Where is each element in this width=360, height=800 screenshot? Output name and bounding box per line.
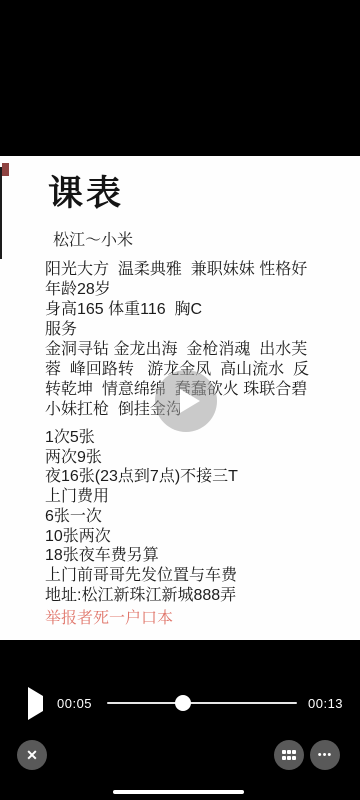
price-line: 6张一次 bbox=[45, 507, 238, 527]
center-play-button[interactable] bbox=[155, 370, 217, 432]
video-edge-line bbox=[0, 167, 2, 259]
info-line: 服务 bbox=[45, 320, 309, 340]
play-icon bbox=[180, 389, 200, 413]
price-line: 上门费用 bbox=[45, 487, 238, 507]
close-icon: ✕ bbox=[26, 748, 38, 762]
more-button[interactable]: ••• bbox=[310, 740, 340, 770]
price-line: 两次9张 bbox=[45, 448, 238, 468]
info-line: 年龄28岁 bbox=[45, 280, 309, 300]
more-icon: ••• bbox=[318, 750, 333, 761]
price-line: 上门前哥哥先发位置与车费 bbox=[45, 566, 238, 586]
home-indicator[interactable] bbox=[113, 790, 244, 794]
player-controls: 00:05 00:13 bbox=[0, 686, 360, 720]
price-line: 1次5张 bbox=[45, 428, 238, 448]
play-button[interactable] bbox=[27, 694, 43, 712]
info-line: 身高165 体重116 胸C bbox=[45, 300, 309, 320]
subtitle: 松江～小米 bbox=[53, 227, 133, 250]
grid-icon bbox=[282, 750, 297, 761]
video-edge-artifact bbox=[2, 163, 9, 176]
price-text-block: 1次5张两次9张夜16张(23点到7点)不接三T上门费用6张一次10张两次18张… bbox=[45, 428, 238, 605]
page-title: 课表 bbox=[48, 166, 124, 216]
info-line: 阳光大方 温柔典雅 兼职妹妹 性格好 bbox=[45, 260, 309, 280]
close-button[interactable]: ✕ bbox=[17, 740, 47, 770]
price-line: 18张夜车费另算 bbox=[45, 546, 238, 566]
price-line: 地址:松江新珠江新城888弄 bbox=[45, 586, 238, 606]
price-line: 10张两次 bbox=[45, 527, 238, 547]
info-line: 金洞寻钻 金龙出海 金枪消魂 出水芙 bbox=[45, 340, 309, 360]
progress-knob[interactable] bbox=[175, 695, 191, 711]
total-time: 00:13 bbox=[308, 696, 343, 711]
grid-button[interactable] bbox=[274, 740, 304, 770]
current-time: 00:05 bbox=[57, 696, 92, 711]
price-line: 夜16张(23点到7点)不接三T bbox=[45, 467, 238, 487]
warning-text: 举报者死一户口本 bbox=[45, 605, 173, 628]
play-icon bbox=[28, 687, 43, 720]
progress-bar[interactable] bbox=[107, 702, 297, 704]
